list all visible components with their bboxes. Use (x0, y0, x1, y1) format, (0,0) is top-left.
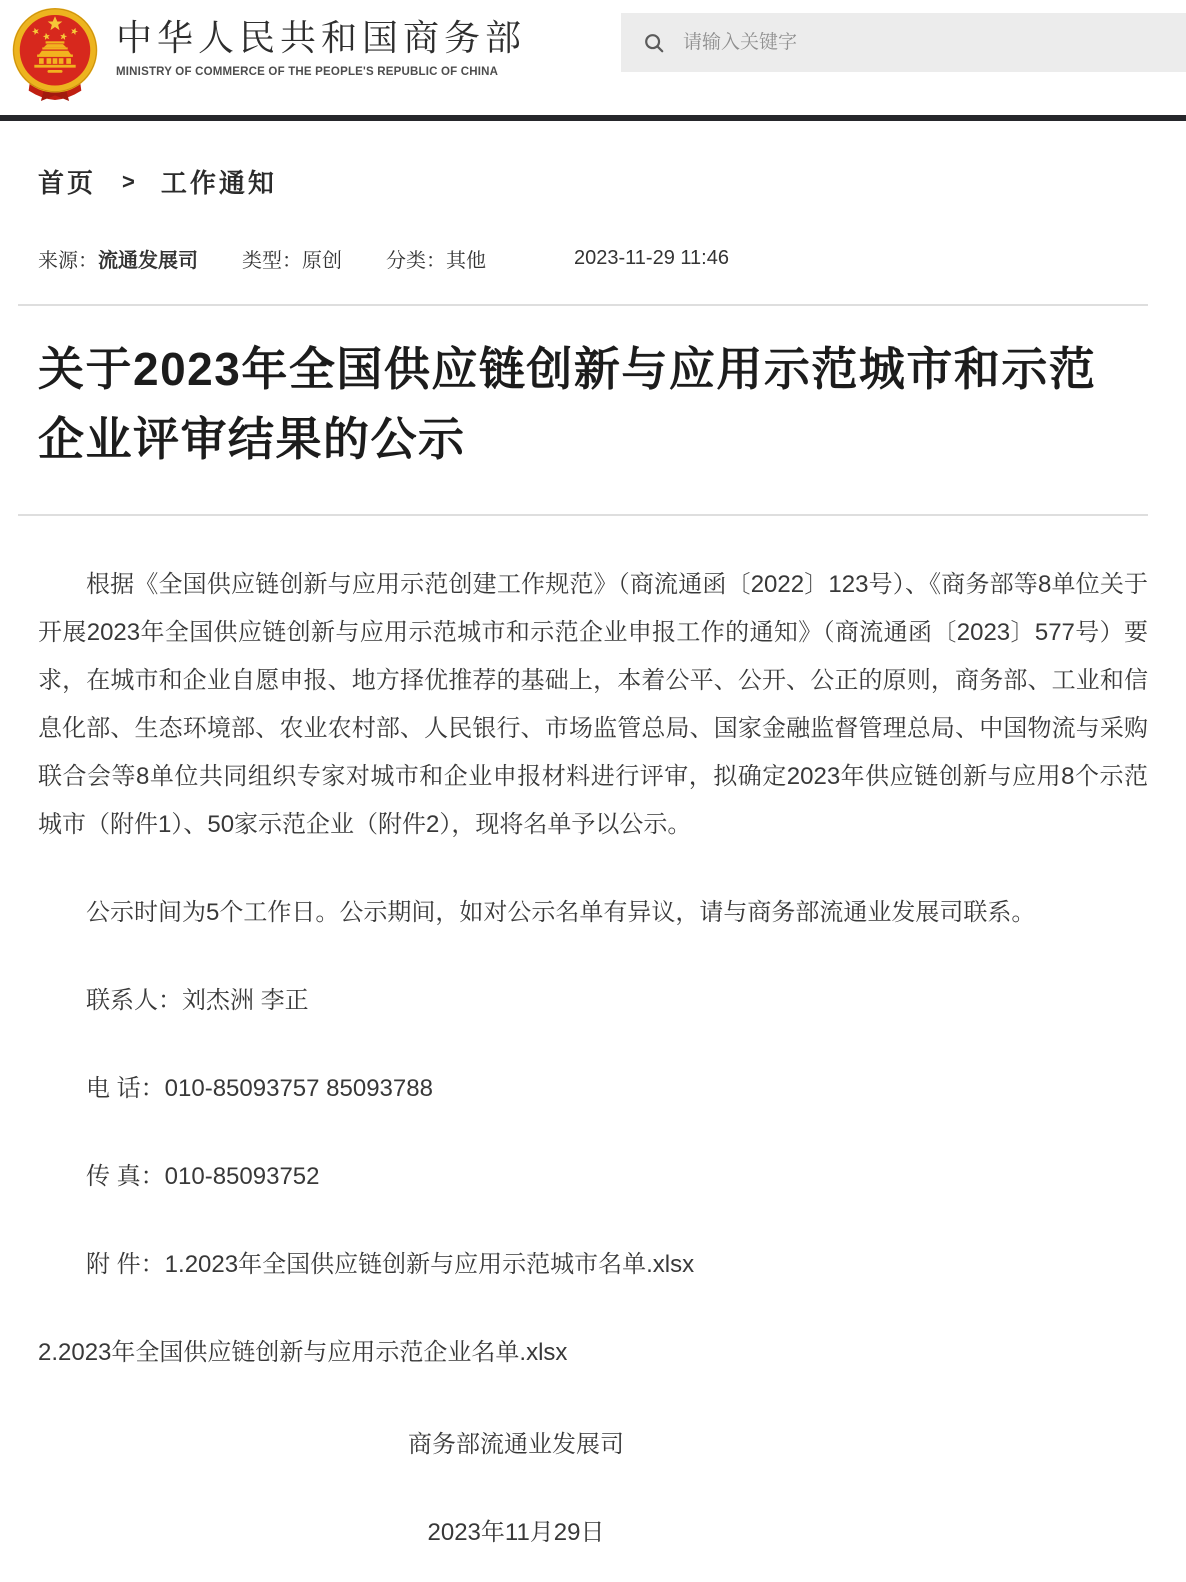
search-icon[interactable] (643, 32, 665, 54)
attachment-link-1[interactable]: 1.2023年全国供应链创新与应用示范城市名单.xlsx (165, 1251, 694, 1278)
meta-category-label: 分类： (386, 250, 446, 272)
attachment-label: 附 件： (86, 1251, 165, 1278)
phone-line: 电 话：010-85093757 85093788 (38, 1065, 1148, 1113)
meta-source-value: 流通发展司 (98, 250, 198, 272)
separator-below-title (18, 514, 1148, 516)
signature-department: 商务部流通业发展司 (38, 1421, 994, 1469)
site-title: 中华人民共和国商务部 (116, 16, 526, 60)
breadcrumb-separator: > (122, 169, 135, 195)
national-emblem-icon (8, 6, 102, 102)
meta-source: 来源：流通发展司 (38, 244, 198, 273)
meta-category-value: 其他 (446, 250, 486, 272)
article-body: 根据《全国供应链创新与应用示范创建工作规范》（商流通函〔2022〕123号）、《… (38, 561, 1148, 1557)
attachment-link-2[interactable]: 2.2023年全国供应链创新与应用示范企业名单.xlsx (38, 1339, 567, 1366)
logo-text: 中华人民共和国商务部 MINISTRY OF COMMERCE OF THE P… (116, 6, 526, 78)
meta-source-label: 来源： (38, 250, 98, 272)
mofcom-notice-page: { "header": { "site_title": "中华人民共和国商务部"… (0, 0, 1186, 1582)
site-header: 中华人民共和国商务部 MINISTRY OF COMMERCE OF THE P… (0, 0, 1186, 115)
attachment-line-1: 附 件：1.2023年全国供应链创新与应用示范城市名单.xlsx (38, 1241, 1148, 1289)
article-paragraph-1: 根据《全国供应链创新与应用示范创建工作规范》（商流通函〔2022〕123号）、《… (38, 561, 1148, 849)
breadcrumb: 首页 > 工作通知 (38, 163, 1148, 200)
breadcrumb-home-link[interactable]: 首页 (38, 163, 96, 200)
meta-datetime: 2023-11-29 11:46 (574, 247, 729, 270)
separator-above-title (18, 304, 1148, 306)
article-meta-row: 来源：流通发展司 类型：原创 分类：其他 2023-11-29 11:46 (38, 244, 1148, 273)
meta-category: 分类：其他 (386, 244, 486, 273)
main-content: 首页 > 工作通知 来源：流通发展司 类型：原创 分类：其他 2023-11-2… (0, 163, 1186, 1557)
attachment-line-2: 2.2023年全国供应链创新与应用示范企业名单.xlsx (38, 1329, 1148, 1377)
fax-line: 传 真：010-85093752 (38, 1153, 1148, 1201)
article-title: 关于2023年全国供应链创新与应用示范城市和示范企业评审结果的公示 (38, 334, 1123, 474)
header-divider-bar (0, 115, 1186, 121)
meta-type-label: 类型： (242, 250, 302, 272)
meta-type-value: 原创 (302, 250, 342, 272)
meta-type: 类型：原创 (242, 244, 342, 273)
signature-date: 2023年11月29日 (38, 1509, 994, 1557)
breadcrumb-current[interactable]: 工作通知 (161, 163, 277, 200)
contact-person-line: 联系人：刘杰洲 李正 (38, 977, 1148, 1025)
signature-block: 商务部流通业发展司 2023年11月29日 (38, 1421, 994, 1557)
search-input[interactable] (683, 32, 1103, 54)
search-box[interactable] (621, 13, 1186, 72)
ministry-logo-link[interactable]: 中华人民共和国商务部 MINISTRY OF COMMERCE OF THE P… (8, 6, 526, 102)
article-paragraph-2: 公示时间为5个工作日。公示期间，如对公示名单有异议，请与商务部流通业发展司联系。 (38, 889, 1148, 937)
site-subtitle: MINISTRY OF COMMERCE OF THE PEOPLE'S REP… (116, 66, 526, 78)
